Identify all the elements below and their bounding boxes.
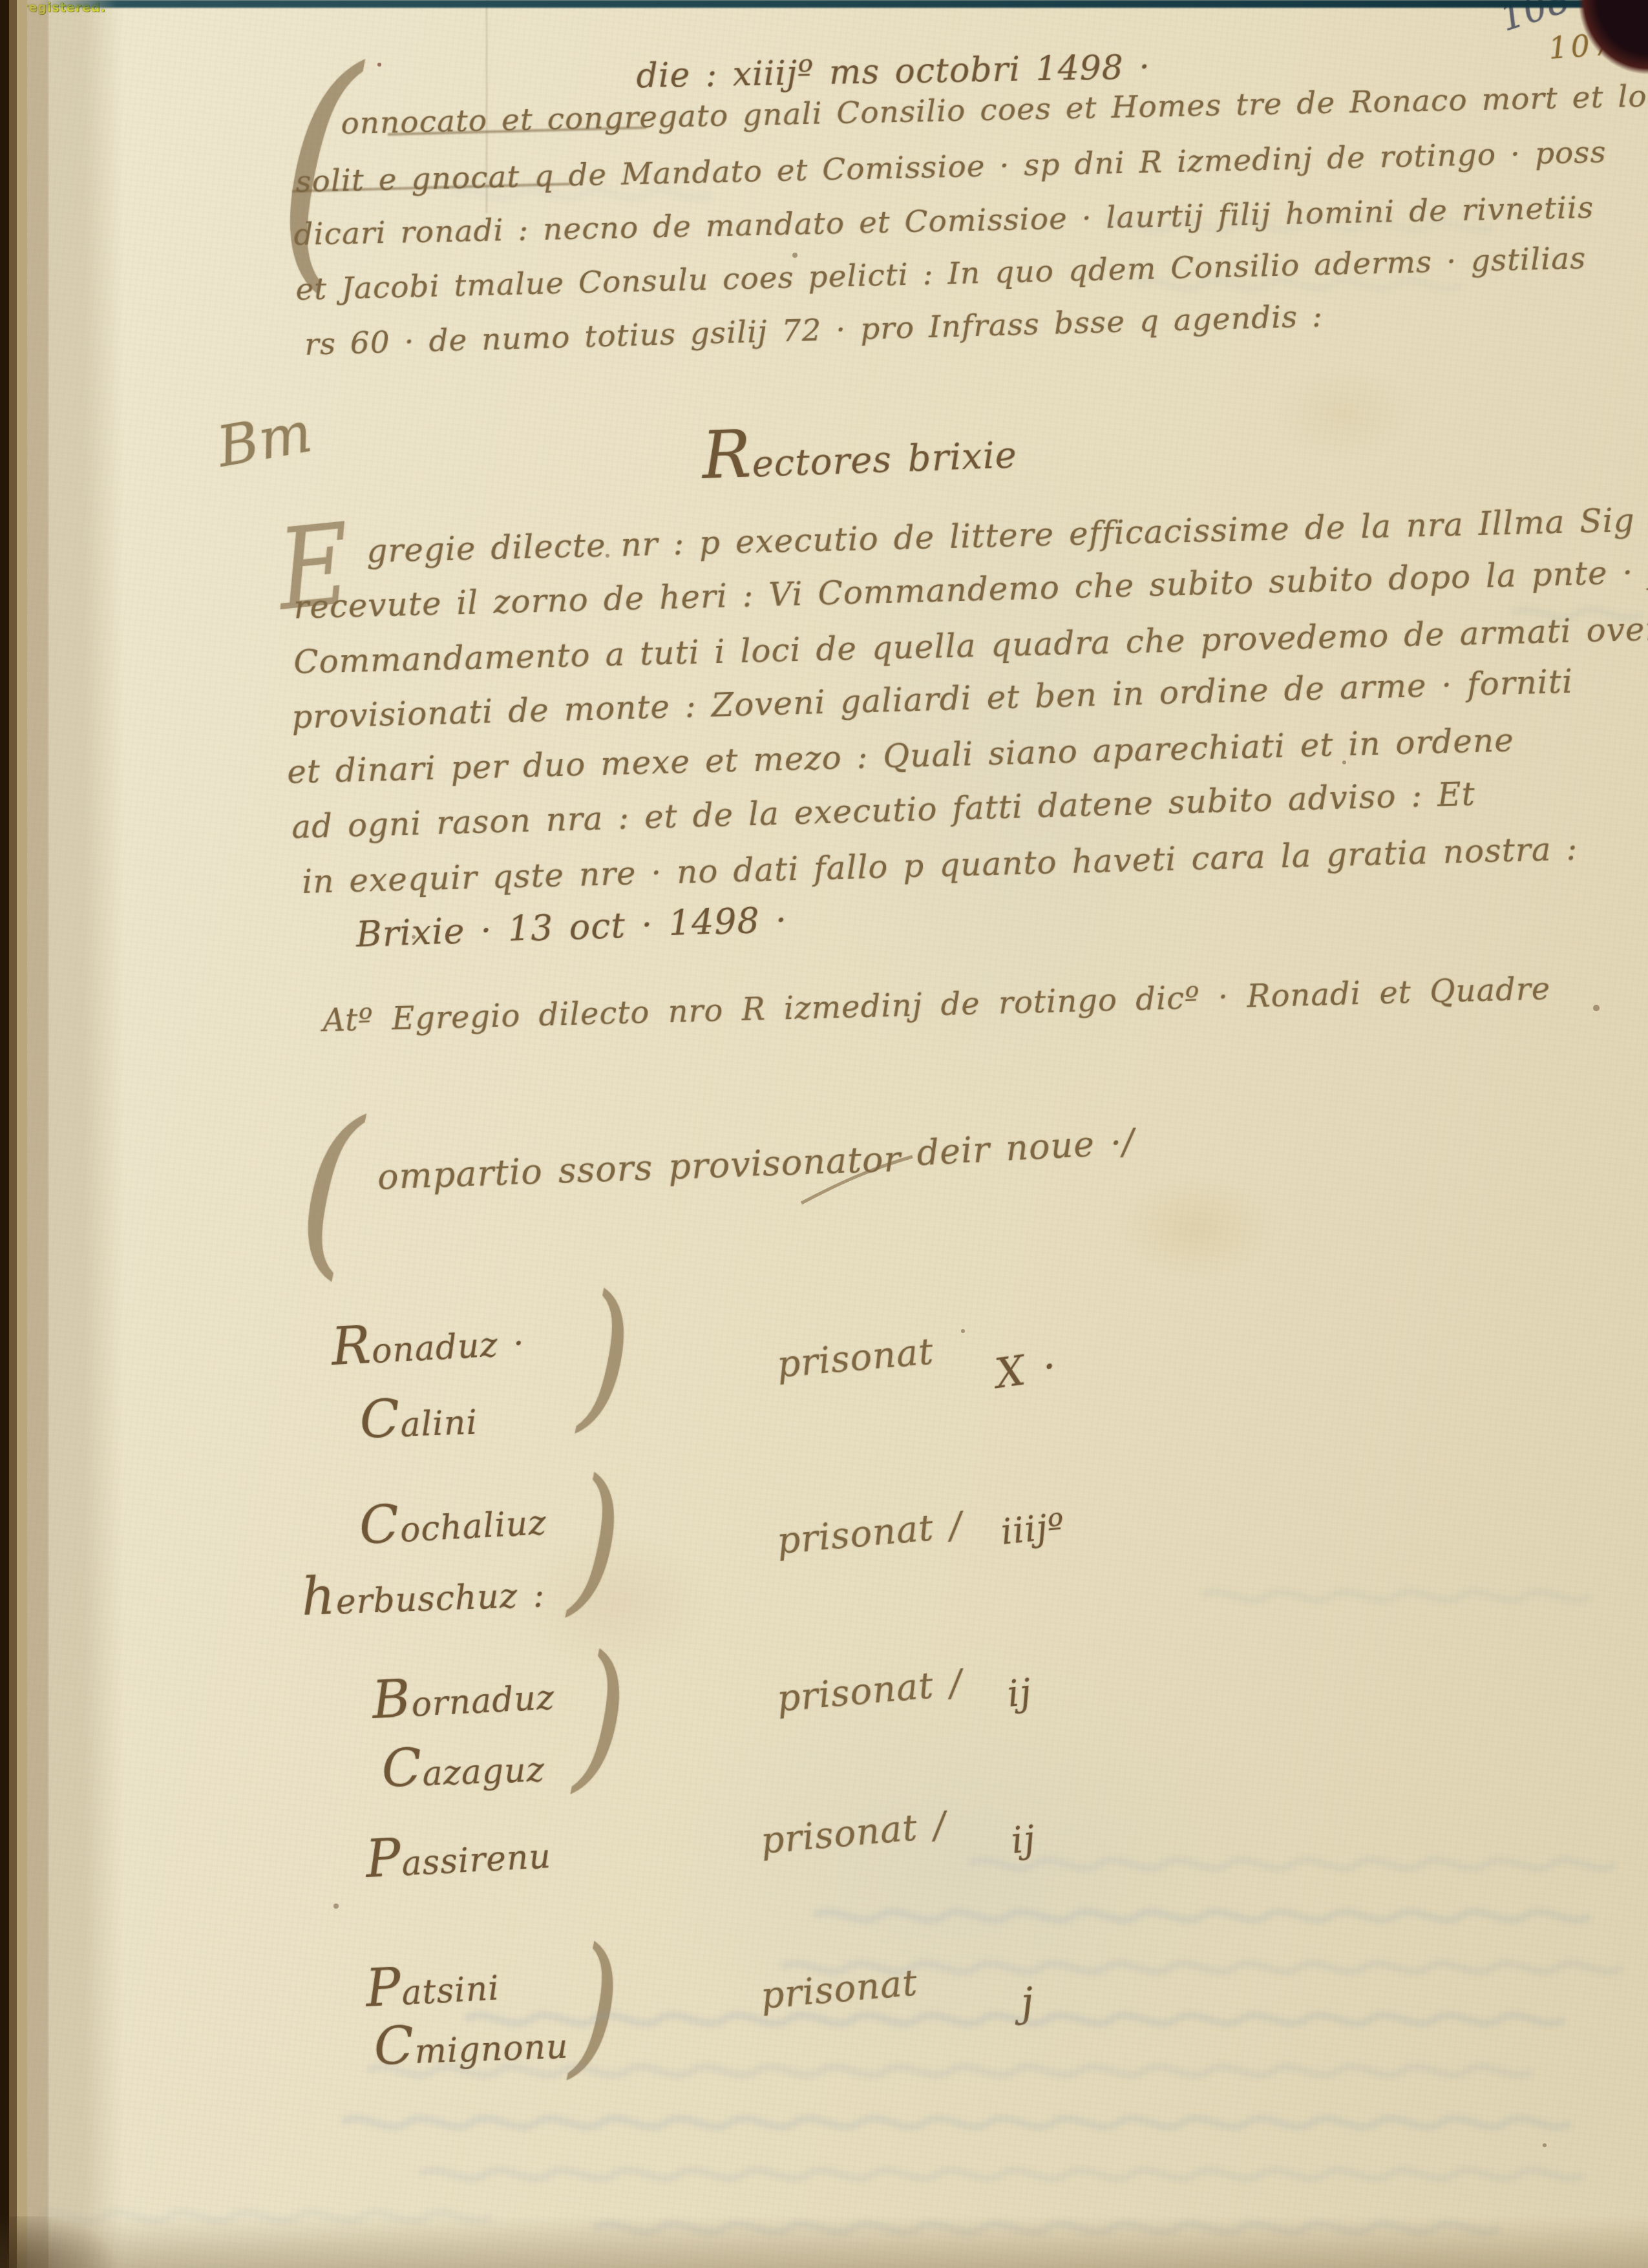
grouping-brace: ) bbox=[573, 1633, 630, 1798]
commune-name: Cmignonu bbox=[373, 2015, 569, 2074]
allocation-label: prisonat / bbox=[759, 1807, 947, 1860]
bottom-shadow bbox=[0, 2216, 1648, 2268]
top-edge-strip bbox=[39, 0, 1609, 8]
apportionment-heading-right: deir noue ·/ bbox=[916, 1124, 1136, 1171]
ink-speck bbox=[1543, 2143, 1547, 2147]
letter-line: et dinari per duo mexe et mezo : Quali s… bbox=[287, 724, 1515, 788]
commune-name: Cochaliuz bbox=[358, 1491, 548, 1553]
ghost-line bbox=[368, 2067, 1532, 2075]
allocation-amount: ij bbox=[1006, 1674, 1033, 1713]
record-line: dicari ronadi : necno de mandato et Comi… bbox=[293, 193, 1594, 250]
allocation-amount: iiijº bbox=[999, 1509, 1066, 1550]
allocation-label: prisonat bbox=[759, 1965, 919, 2015]
apportionment-heading-left: ompartio ssors provisonator bbox=[377, 1142, 902, 1195]
commune-name: herbuschuz : bbox=[301, 1563, 545, 1624]
gutter-shadow bbox=[0, 0, 123, 2268]
commune-name: Passirenu bbox=[364, 1824, 553, 1885]
margin-mark: Bm bbox=[213, 404, 316, 476]
address-line: Atº Egregio dilecto nro R izmedinj de ro… bbox=[322, 973, 1551, 1036]
commune-name: Ronaduz · bbox=[330, 1311, 526, 1373]
allocation-amount: ij bbox=[1009, 1821, 1037, 1860]
record-line: rs 60 · de numo totius gsilij 72 · pro I… bbox=[304, 301, 1324, 360]
grouping-brace: ) bbox=[569, 1927, 624, 2084]
manuscript-page-scan: Unregistered. 108 107 die : xiiijº ms oc… bbox=[0, 0, 1648, 2268]
ghost-line bbox=[343, 2119, 1570, 2127]
allocation-label: prisonat bbox=[776, 1334, 935, 1383]
ink-speck bbox=[377, 63, 381, 67]
letter-line: in exequir qste nre · no dati fallo p qu… bbox=[302, 832, 1578, 898]
ghost-line bbox=[420, 2170, 1583, 2179]
initial-flourish-compartio: ( bbox=[296, 1093, 365, 1283]
ghost-line bbox=[969, 1860, 1616, 1869]
record-line: et Jacobi tmalue Consulu coes pelicti : … bbox=[295, 243, 1587, 305]
commune-name: Calini bbox=[359, 1391, 478, 1447]
record-line: solit e gnocat q de Mandato et Comissioe… bbox=[295, 137, 1607, 197]
commune-name: Patsini bbox=[364, 1956, 501, 2015]
date-heading: die : xiiijº ms octobri 1498 · bbox=[636, 50, 1150, 93]
ink-speck bbox=[961, 1329, 965, 1333]
letter-heading: Rectores brixie bbox=[701, 412, 1017, 488]
ghost-line bbox=[465, 2015, 1564, 2024]
allocation-amount: j bbox=[1020, 1982, 1036, 2022]
ink-speck bbox=[792, 253, 798, 258]
allocation-label: prisonat / bbox=[776, 1507, 964, 1560]
corner-binding bbox=[1564, 0, 1648, 90]
ghost-line bbox=[814, 1912, 1590, 1920]
allocation-label: prisonat / bbox=[776, 1665, 964, 1717]
ink-speck bbox=[1593, 1005, 1600, 1011]
commune-name: Bornaduz bbox=[371, 1665, 556, 1727]
crease-line bbox=[486, 0, 487, 213]
grouping-brace: ) bbox=[567, 1457, 625, 1622]
ink-speck bbox=[333, 1904, 339, 1909]
letter-line: ad ogni rason nra : et de la executio fa… bbox=[291, 778, 1476, 843]
ghost-line bbox=[1202, 1592, 1590, 1601]
letter-dateline: Brixie · 13 oct · 1498 · bbox=[355, 903, 788, 952]
grouping-brace: ) bbox=[577, 1273, 635, 1438]
allocation-amount: X · bbox=[993, 1345, 1059, 1395]
commune-name: Cazaguz bbox=[381, 1738, 545, 1795]
